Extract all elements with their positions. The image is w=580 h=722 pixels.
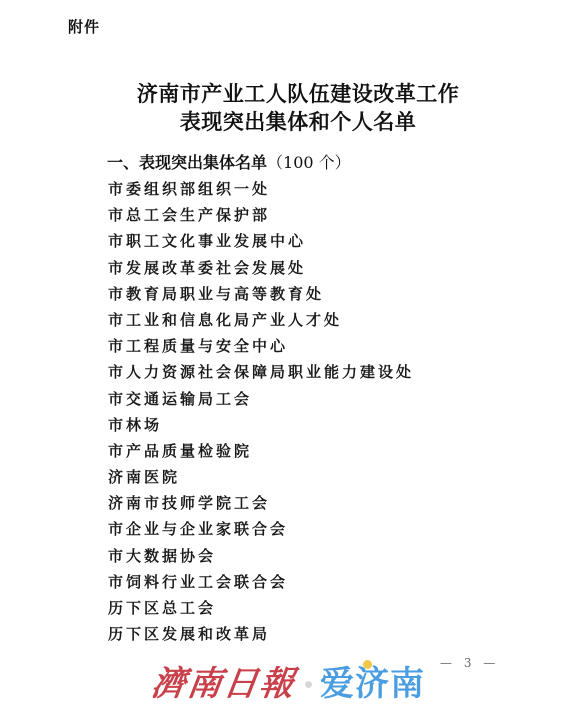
section-count: （100 个） [267, 153, 351, 172]
list-item: 市产品质量检验院 [108, 438, 414, 464]
list-item: 市委组织部组织一处 [108, 176, 414, 202]
list-item: 市人力资源社会保障局职业能力建设处 [108, 359, 414, 385]
list-item: 历下区发展和改革局 [108, 621, 414, 647]
list-item: 市大数据协会 [108, 543, 414, 569]
list-item: 市交通运输局工会 [108, 386, 414, 412]
section-heading: 一、表现突出集体名单（100 个） [107, 150, 351, 173]
ai-jinan-logo-text: 爱济南 [320, 664, 425, 704]
page-number: — 3 — [440, 656, 499, 670]
list-item: 市工业和信息化局产业人才处 [108, 307, 414, 333]
list-item: 市林场 [108, 412, 414, 438]
attachment-label: 附件 [68, 16, 100, 37]
list-item: 市工程质量与安全中心 [108, 333, 414, 359]
list-item: 济南市技师学院工会 [108, 490, 414, 516]
jinan-daily-logo: 濟南日報 [149, 656, 300, 705]
list-item: 市教育局职业与高等教育处 [108, 281, 414, 307]
list-item: 历下区总工会 [108, 595, 414, 621]
section-heading-text: 一、表现突出集体名单 [107, 153, 267, 172]
ai-jinan-logo: 爱济南 [320, 656, 425, 705]
list-item: 市饲料行业工会联合会 [108, 569, 414, 595]
collective-list: 市委组织部组织一处 市总工会生产保护部 市职工文化事业发展中心 市发展改革委社会… [108, 176, 414, 647]
document-title-line2: 表现突出集体和个人名单 [8, 106, 580, 136]
list-item: 济南医院 [108, 464, 414, 490]
list-item: 市企业与企业家联合会 [108, 516, 414, 542]
footer-watermark: 濟南日報 爱济南 — 3 — [0, 648, 580, 722]
separator-dot-icon [305, 681, 312, 688]
sun-icon [363, 660, 372, 669]
document-page: 附件 济南市产业工人队伍建设改革工作 表现突出集体和个人名单 一、表现突出集体名… [0, 0, 580, 722]
list-item: 市总工会生产保护部 [108, 202, 414, 228]
list-item: 市职工文化事业发展中心 [108, 228, 414, 254]
list-item: 市发展改革委社会发展处 [108, 255, 414, 281]
document-title-line1: 济南市产业工人队伍建设改革工作 [8, 78, 580, 108]
